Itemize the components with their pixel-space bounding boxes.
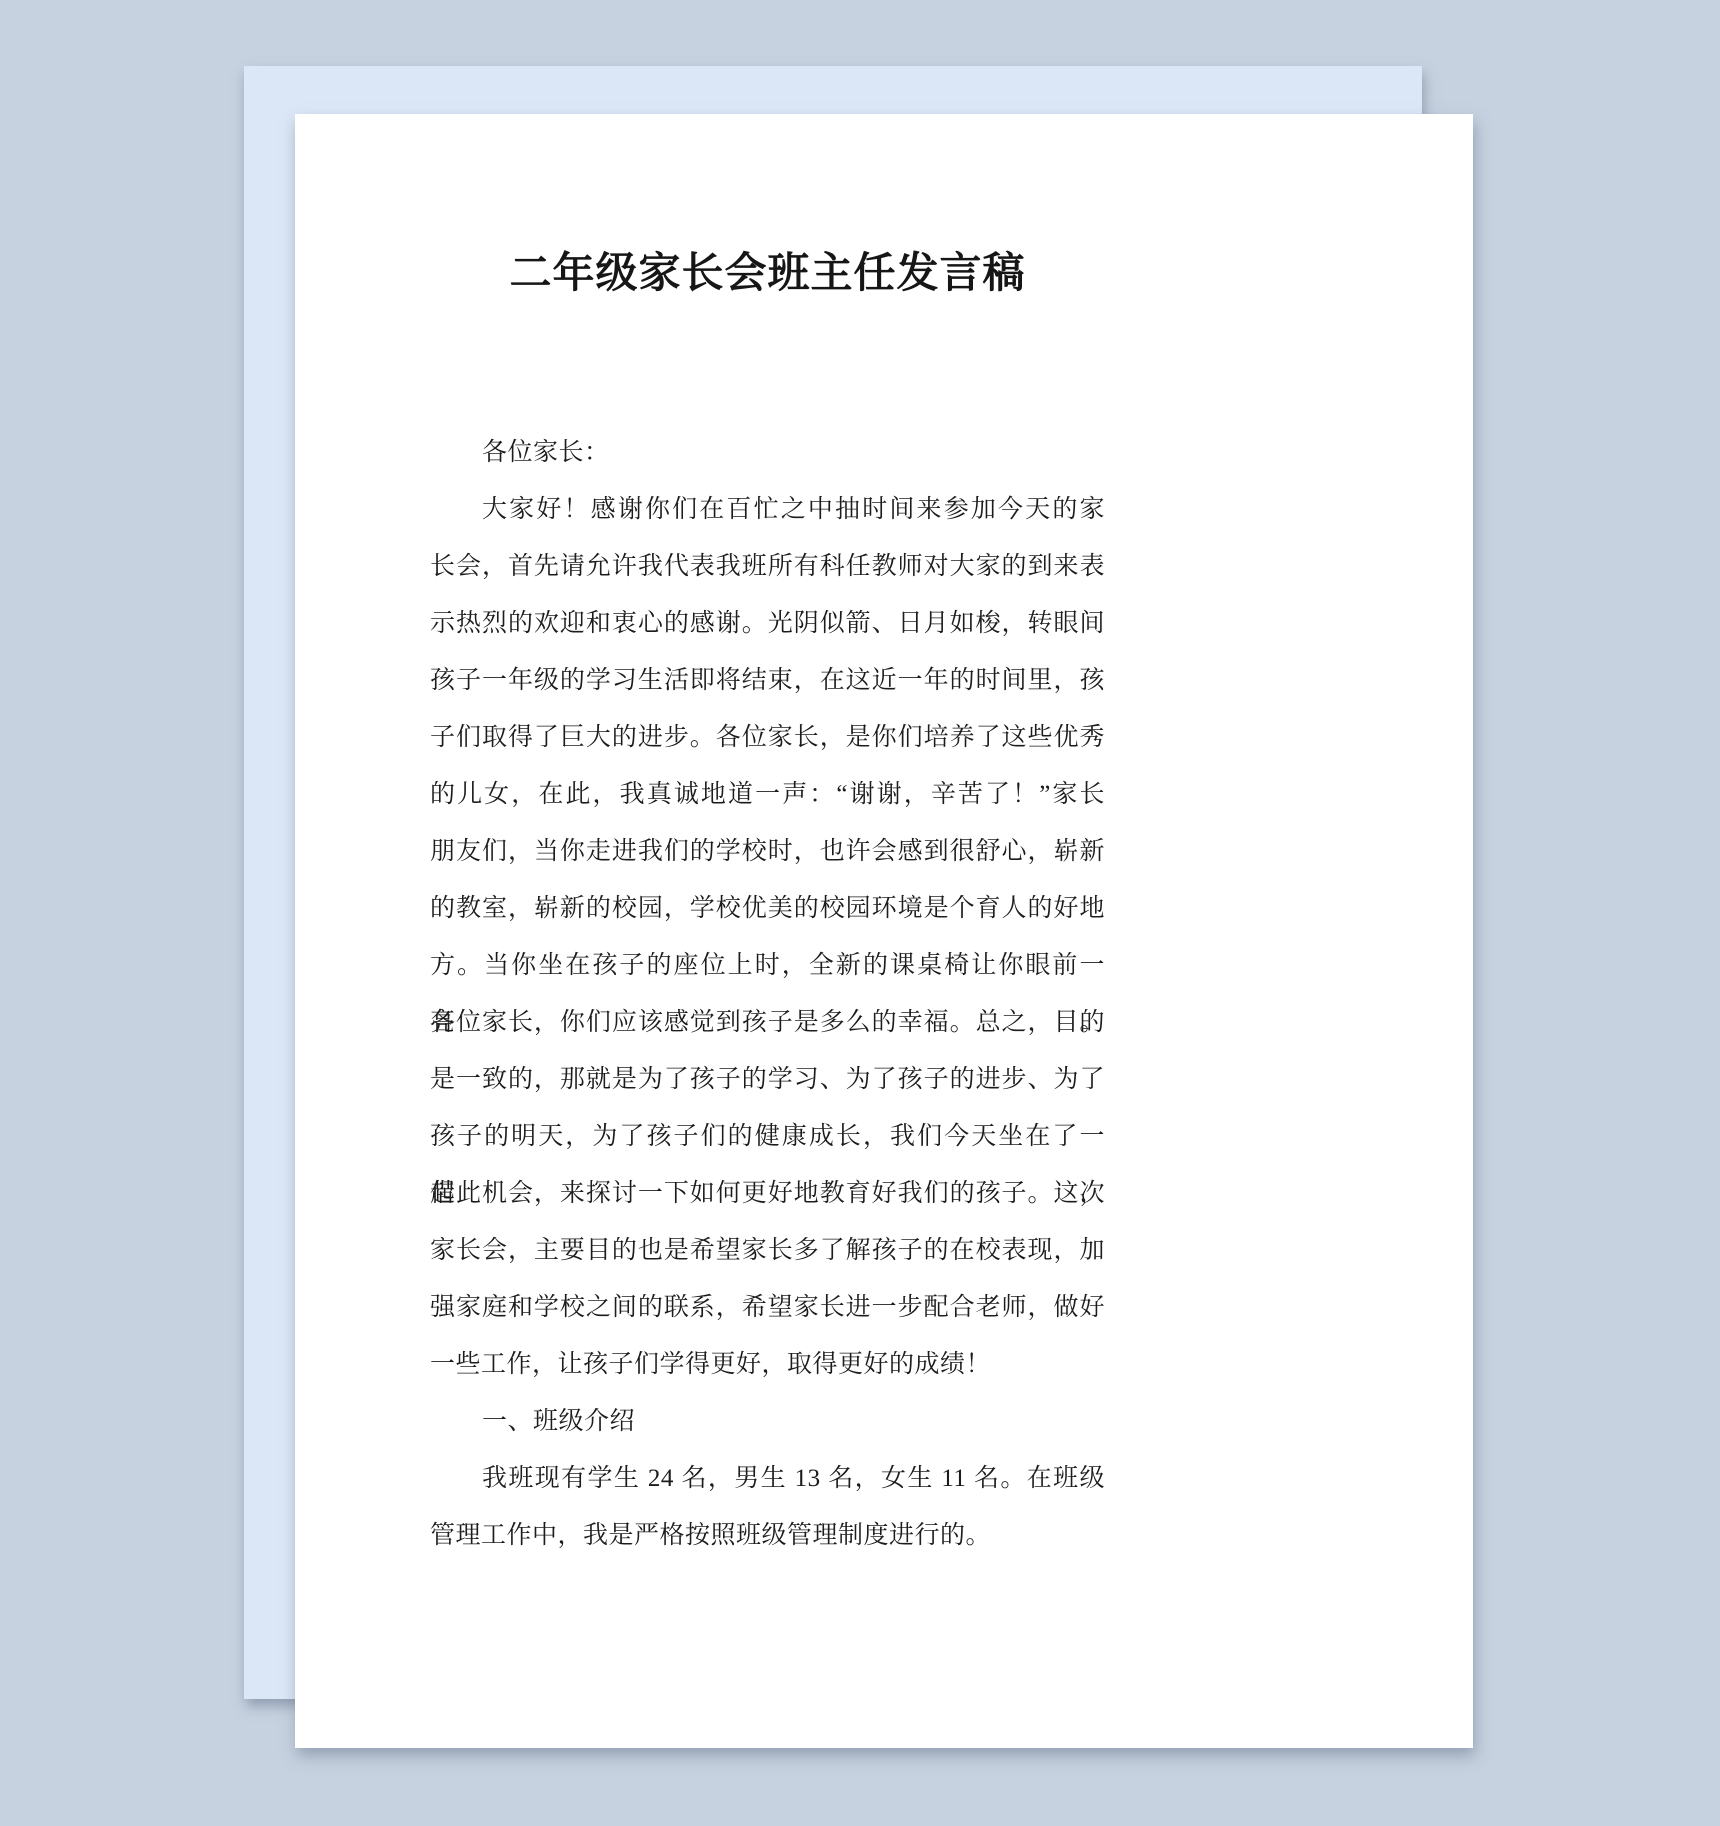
document-title: 二年级家长会班主任发言稿 [430, 250, 1105, 298]
document-body: 各位家长：大家好！感谢你们在百忙之中抽时间来参加今天的家长会，首先请允许我代表我… [430, 424, 1105, 1564]
text-line: 子们取得了巨大的进步。各位家长，是你们培养了这些优秀 [430, 709, 1105, 766]
text-line: 的儿女，在此，我真诚地道一声：“谢谢，辛苦了！”家长 [430, 766, 1105, 823]
text-line: 方。当你坐在孩子的座位上时，全新的课桌椅让你眼前一亮。 [430, 937, 1105, 994]
text-line: 各位家长，你们应该感觉到孩子是多么的幸福。总之，目的 [430, 994, 1105, 1051]
text-line: 管理工作中，我是严格按照班级管理制度进行的。 [430, 1507, 1105, 1564]
text-line: 一、班级介绍 [430, 1393, 1105, 1450]
text-line: 孩子一年级的学习生活即将结束，在这近一年的时间里，孩 [430, 652, 1105, 709]
document-page: 二年级家长会班主任发言稿 各位家长：大家好！感谢你们在百忙之中抽时间来参加今天的… [295, 114, 1473, 1748]
text-line: 强家庭和学校之间的联系，希望家长进一步配合老师，做好 [430, 1279, 1105, 1336]
text-line: 是一致的，那就是为了孩子的学习、为了孩子的进步、为了 [430, 1051, 1105, 1108]
desktop-background: { "scene": { "background_color": "#c7d2e… [0, 0, 1720, 1826]
text-line: 家长会，主要目的也是希望家长多了解孩子的在校表现，加 [430, 1222, 1105, 1279]
text-line: 朋友们，当你走进我们的学校时，也许会感到很舒心，崭新 [430, 823, 1105, 880]
text-line: 大家好！感谢你们在百忙之中抽时间来参加今天的家 [430, 481, 1105, 538]
text-line: 示热烈的欢迎和衷心的感谢。光阴似箭、日月如梭，转眼间 [430, 595, 1105, 652]
text-line: 各位家长： [430, 424, 1105, 481]
text-line: 孩子的明天，为了孩子们的健康成长，我们今天坐在了一起， [430, 1108, 1105, 1165]
text-line: 的教室，崭新的校园，学校优美的校园环境是个育人的好地 [430, 880, 1105, 937]
text-line: 我班现有学生 24 名，男生 13 名，女生 11 名。在班级 [430, 1450, 1105, 1507]
text-line: 借此机会，来探讨一下如何更好地教育好我们的孩子。这次 [430, 1165, 1105, 1222]
text-line: 长会，首先请允许我代表我班所有科任教师对大家的到来表 [430, 538, 1105, 595]
text-line: 一些工作，让孩子们学得更好，取得更好的成绩！ [430, 1336, 1105, 1393]
document-content-area: 二年级家长会班主任发言稿 各位家长：大家好！感谢你们在百忙之中抽时间来参加今天的… [430, 114, 1105, 1564]
